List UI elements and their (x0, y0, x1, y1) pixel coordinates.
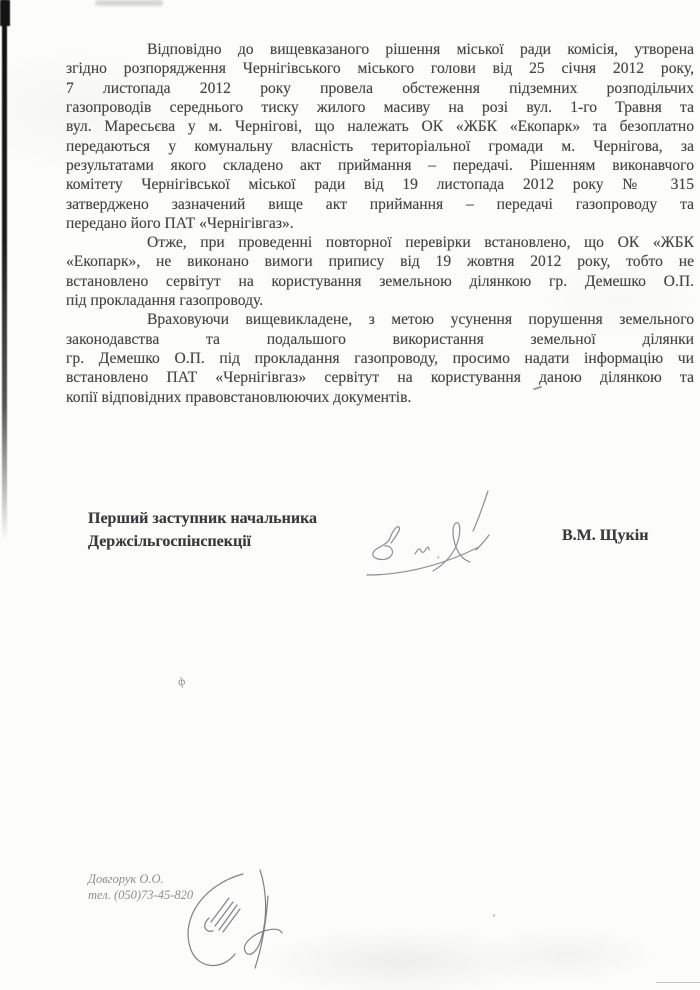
text-line: встановлено ПАТ «Чернігівгаз» сервітут н… (66, 368, 694, 387)
text-line: встановлено сервітут на користування зем… (66, 272, 694, 291)
text-line: передано його ПАТ «Чернігівгаз». (66, 214, 694, 233)
text-line: копії відповідних правовстановлюючих док… (66, 388, 694, 407)
scan-edge-line (656, 982, 700, 983)
scanned-document-page: Відповідно до вищевказаного рішення місь… (0, 0, 700, 990)
signoff-title-line1: Перший заступник начальника (88, 507, 317, 530)
paragraph-1: Відповідно до вищевказаного рішення місь… (66, 40, 694, 233)
text-line: передаються у комунальну власність терит… (66, 137, 694, 156)
executor-signature (163, 858, 295, 976)
text-line: затверджено зазначений вище акт прийманн… (66, 195, 694, 214)
scan-smudge (95, 0, 163, 6)
text-line: згідно розпорядження Чернігівського місь… (66, 59, 694, 78)
document-body: Відповідно до вищевказаного рішення місь… (66, 40, 694, 407)
text-line: вул. Маресьєва у м. Чернігові, що належа… (66, 117, 694, 136)
ink-smudge: ф (177, 676, 186, 689)
text-line: «Екопарк», не виконано вимоги припису ві… (66, 252, 694, 271)
text-line: комітету Чернігівської міської ради від … (66, 175, 694, 194)
scan-speck (493, 914, 495, 917)
text-line: газопроводів середнього тиску жилого мас… (66, 98, 694, 117)
signoff-title-line2: Держсільгоспінспекції (88, 530, 317, 553)
official-signature (355, 483, 513, 581)
text-line: Враховуючи вищевикладене, з метою усунен… (66, 310, 694, 329)
paragraph-3: Враховуючи вищевикладене, з метою усунен… (66, 310, 694, 407)
scan-edge-shadow (2, 0, 7, 540)
text-line: результатами якого складено акт прийманн… (66, 156, 694, 175)
text-line: Відповідно до вищевказаного рішення місь… (66, 40, 694, 59)
text-line: Отже, при проведенні повторної перевірки… (66, 233, 694, 252)
scan-corner-shadow (0, 0, 10, 26)
signoff-title: Перший заступник начальника Держсільгосп… (88, 507, 317, 553)
text-line: законодавства та подальшого використання… (66, 330, 694, 349)
paragraph-2: Отже, при проведенні повторної перевірки… (66, 233, 694, 310)
text-line: 7 листопада 2012 року провела обстеження… (66, 79, 694, 98)
signoff-name: В.М. Щукін (562, 527, 648, 545)
text-line: гр. Демешко О.П. під прокладання газопро… (66, 349, 694, 368)
text-line: під прокладання газопроводу. (66, 291, 694, 310)
